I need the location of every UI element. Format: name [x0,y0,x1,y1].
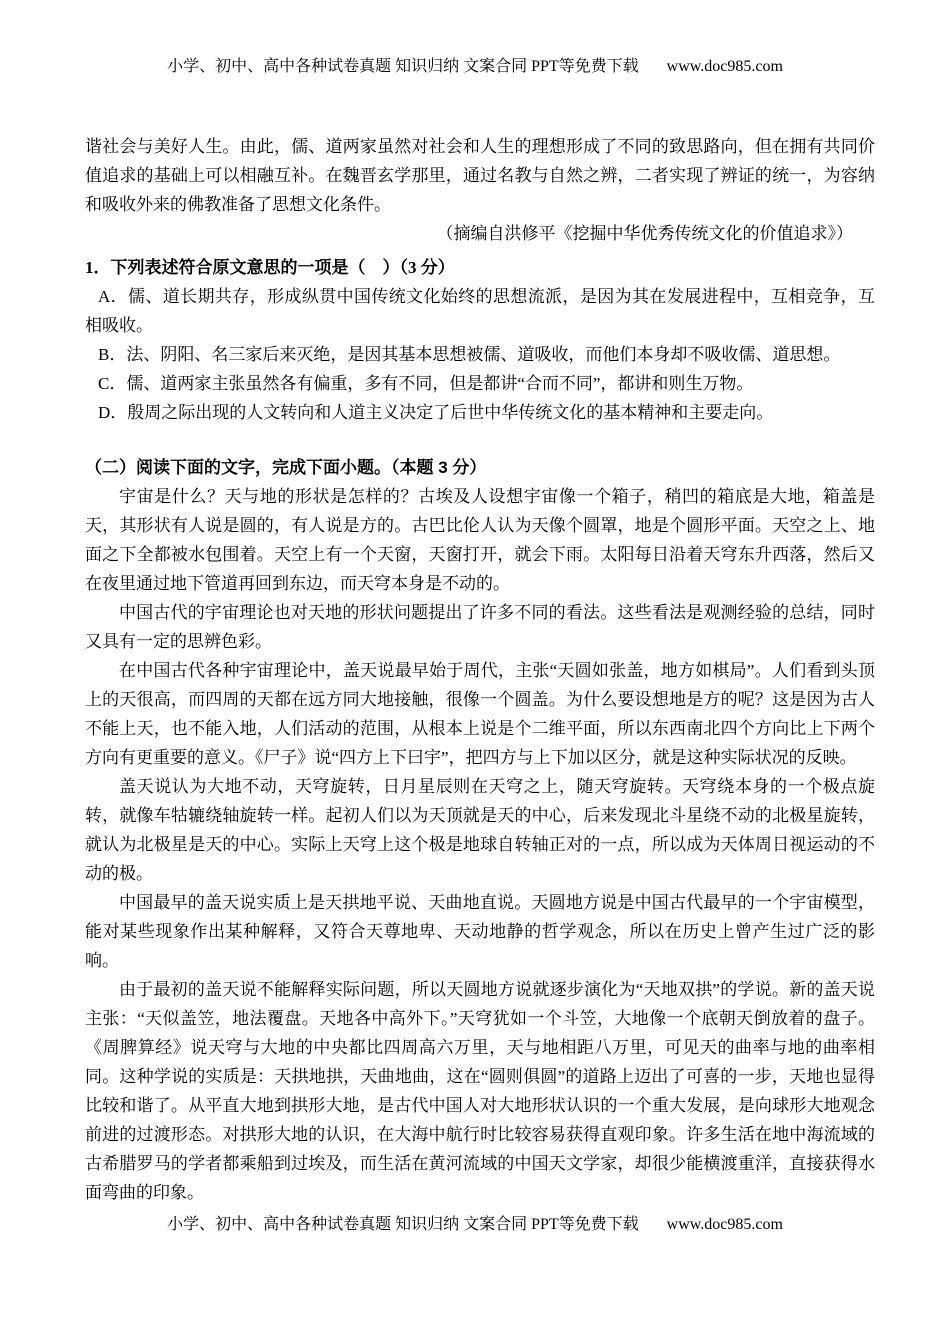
question-1-option-d: D．殷周之际出现的人文转向和人道主义决定了后世中华传统文化的基本精神和主要走向。 [85,398,875,427]
document-body: 谐社会与美好人生。由此，儒、道两家虽然对社会和人生的理想形成了不同的致思路向，但… [0,132,950,1207]
question-1-option-c: C．儒、道两家主张虽然各有偏重，多有不同，但是都讲“合而不同”，都讲和则生万物。 [85,369,875,398]
passage-paragraph-3: 在中国古代各种宇宙理论中，盖天说最早始于周代，主张“天圆如张盖，地方如棋局”。人… [85,656,875,772]
footer-url: www.doc985.com [667,1216,783,1233]
exam-document-page: 小学、初中、高中各种试卷真题 知识归纳 文案合同 PPT等免费下载www.doc… [0,0,950,1344]
passage-paragraph-4: 盖天说认为大地不动，天穹旋转，日月星辰则在天穹之上，随天穹旋转。天穹绕本身的一个… [85,772,875,888]
passage-paragraph-2: 中国古代的宇宙理论也对天地的形状问题提出了许多不同的看法。这些看法是观测经验的总… [85,598,875,656]
question-1-option-a: A．儒、道长期共存，形成纵贯中国传统文化始终的思想流派，是因为其在发展进程中，互… [85,282,875,340]
page-header: 小学、初中、高中各种试卷真题 知识归纳 文案合同 PPT等免费下载www.doc… [0,0,950,77]
reading-passage: 宇宙是什么？天与地的形状是怎样的？古埃及人设想宇宙像一个箱子，稍凹的箱底是大地，… [85,482,875,1207]
source-attribution: （摘编自洪修平《挖掘中华优秀传统文化的价值追求》） [85,219,875,248]
intro-paragraph: 谐社会与美好人生。由此，儒、道两家虽然对社会和人生的理想形成了不同的致思路向，但… [85,132,875,219]
footer-promo-text: 小学、初中、高中各种试卷真题 知识归纳 文案合同 PPT等免费下载 [167,1216,639,1233]
page-footer: 小学、初中、高中各种试卷真题 知识归纳 文案合同 PPT等免费下载www.doc… [0,1215,950,1235]
header-url: www.doc985.com [667,58,783,75]
question-1-stem: 1．下列表述符合原文意思的一项是（ ）（3 分） [85,253,875,282]
question-1-option-b: B．法、阴阳、名三家后来灭绝，是因其基本思想被儒、道吸收，而他们本身却不吸收儒、… [85,340,875,369]
section-2-heading: （二）阅读下面的文字，完成下面小题。（本题 3 分） [85,453,875,482]
header-promo-text: 小学、初中、高中各种试卷真题 知识归纳 文案合同 PPT等免费下载 [167,58,639,75]
passage-paragraph-5: 中国最早的盖天说实质上是天拱地平说、天曲地直说。天圆地方说是中国古代最早的一个宇… [85,888,875,975]
passage-paragraph-1: 宇宙是什么？天与地的形状是怎样的？古埃及人设想宇宙像一个箱子，稍凹的箱底是大地，… [85,482,875,598]
passage-paragraph-6: 由于最初的盖天说不能解释实际问题，所以天圆地方说就逐步演化为“天地双拱”的学说。… [85,975,875,1207]
